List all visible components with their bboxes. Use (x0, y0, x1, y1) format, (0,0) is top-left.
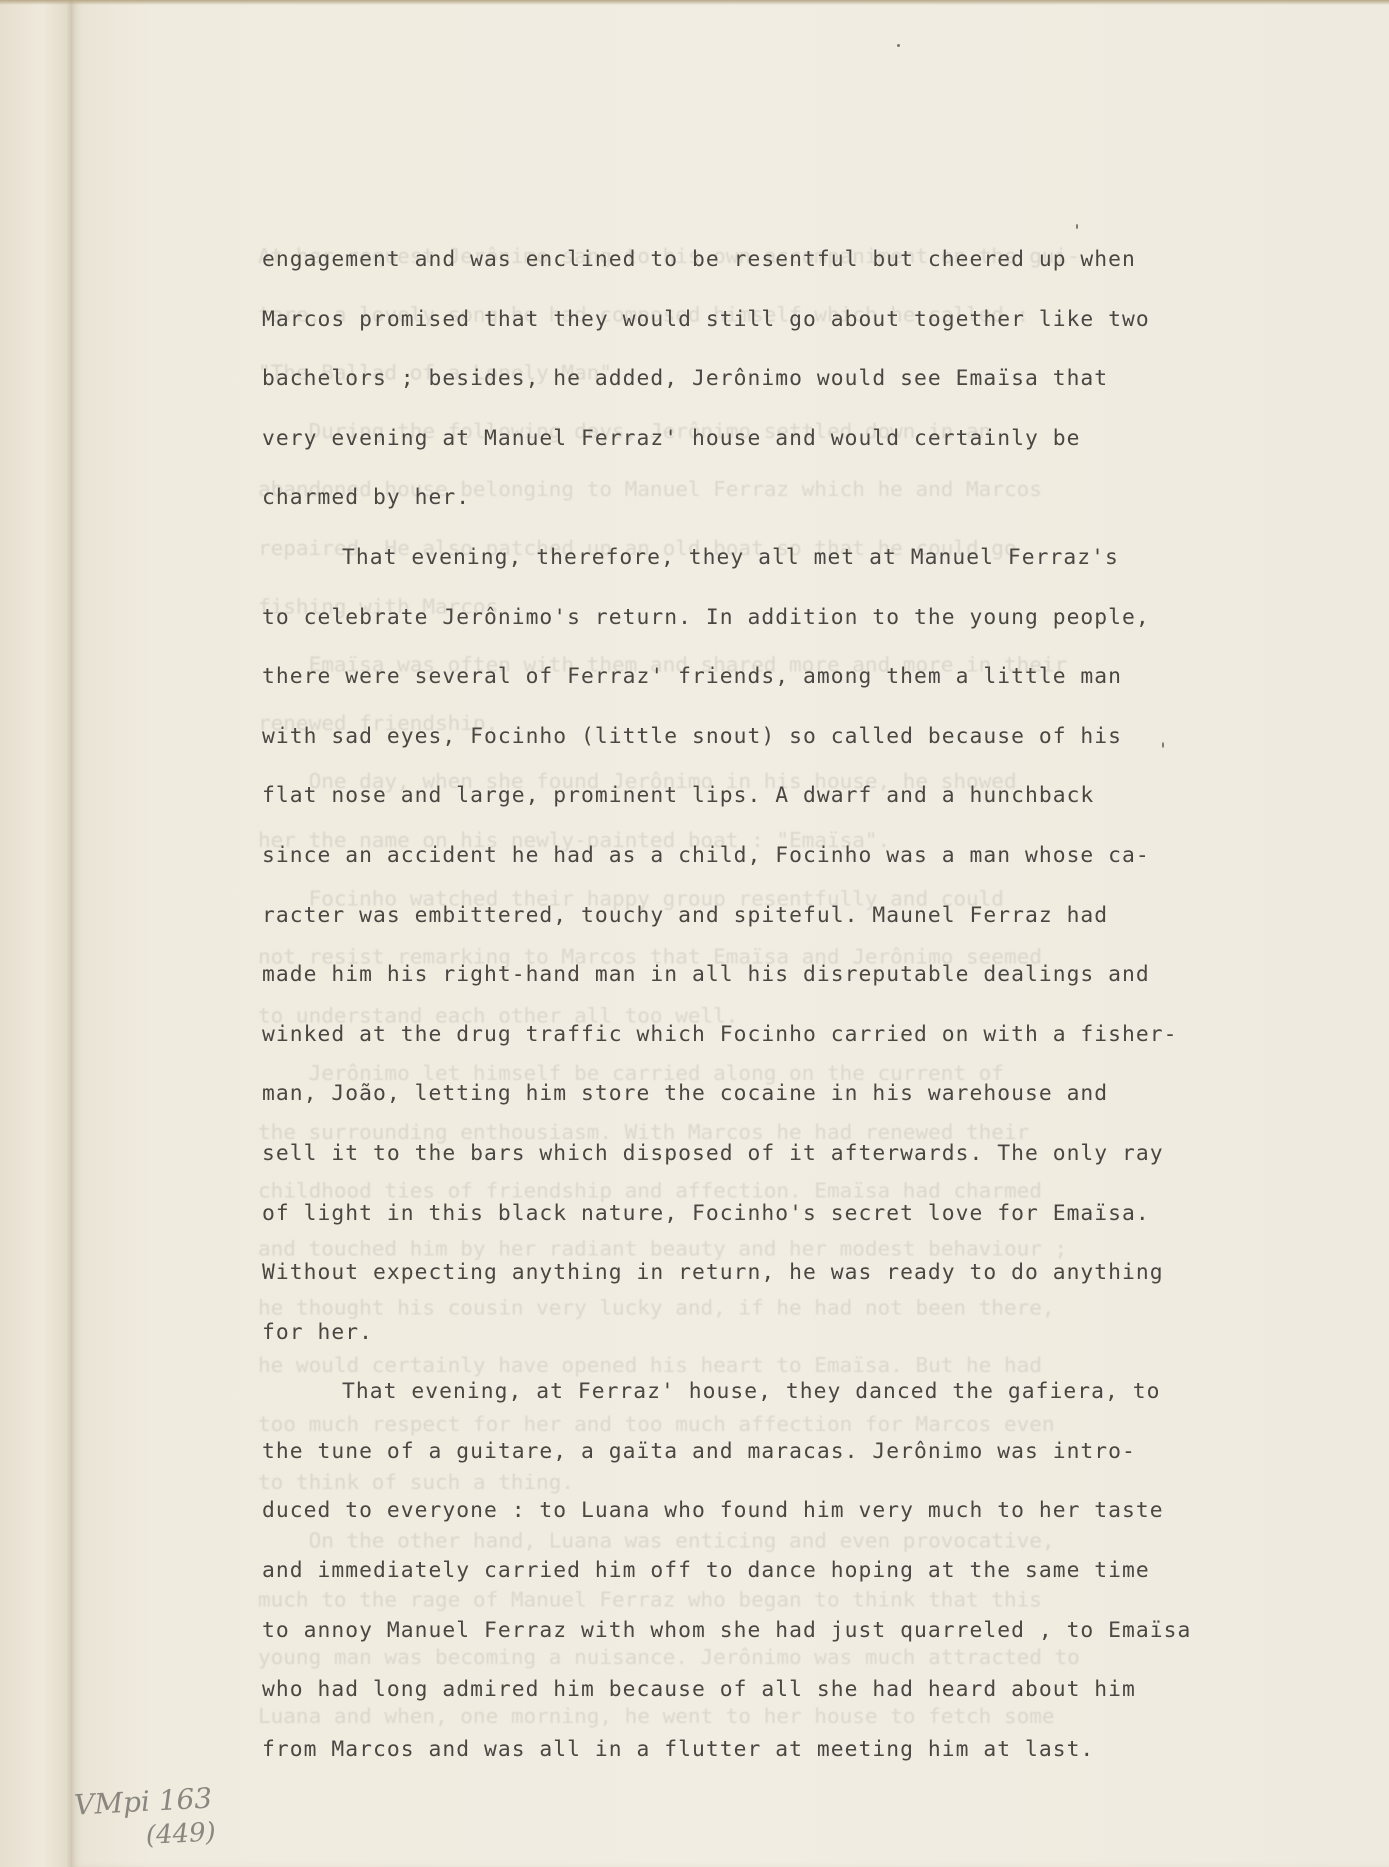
handwritten-archive-reference: VMpi 163 (449) (73, 1781, 216, 1856)
text-line: there were several of Ferraz' friends, a… (262, 647, 1362, 707)
text-line: since an accident he had as a child, Foc… (262, 826, 1362, 886)
text-line: flat nose and large, prominent lips. A d… (262, 766, 1362, 826)
text-line: That evening, at Ferraz' house, they dan… (262, 1362, 1362, 1422)
text-line: man, João, letting him store the cocaine… (262, 1064, 1362, 1124)
text-line: racter was embittered, touchy and spitef… (262, 886, 1362, 946)
text-line: charmed by her. (262, 468, 1362, 528)
text-line: That evening, therefore, they all met at… (262, 528, 1362, 588)
previous-page-edge (0, 0, 72, 1867)
text-line: with sad eyes, Focinho (little snout) so… (262, 707, 1362, 767)
text-line: to celebrate Jerônimo's return. In addit… (262, 588, 1362, 648)
text-line: from Marcos and was all in a flutter at … (262, 1720, 1362, 1780)
text-line: bachelors ; besides, he added, Jerônimo … (262, 349, 1362, 409)
text-line: who had long admired him because of all … (262, 1660, 1362, 1720)
text-line: to annoy Manuel Ferraz with whom she had… (262, 1601, 1362, 1661)
paper-speck (897, 44, 900, 47)
typewriter-mark (1076, 224, 1078, 229)
text-line: Marcos promised that they would still go… (262, 290, 1362, 350)
page-top-edge (0, 0, 1389, 5)
text-line: and immediately carried him off to dance… (262, 1541, 1362, 1601)
text-line: duced to everyone : to Luana who found h… (262, 1481, 1362, 1541)
text-line: winked at the drug traffic which Focinho… (262, 1005, 1362, 1065)
text-line: very evening at Manuel Ferraz' house and… (262, 409, 1362, 469)
text-line: engagement and was enclined to be resent… (262, 230, 1362, 290)
text-line: of light in this black nature, Focinho's… (262, 1184, 1362, 1244)
typewritten-body: engagement and was enclined to be resent… (262, 230, 1362, 1779)
text-line: for her. (262, 1303, 1362, 1363)
text-line: made him his right-hand man in all his d… (262, 945, 1362, 1005)
text-line: Without expecting anything in return, he… (262, 1243, 1362, 1303)
text-line: sell it to the bars which disposed of it… (262, 1124, 1362, 1184)
typewriter-mark (1162, 742, 1164, 748)
text-line: the tune of a guitare, a gaïta and marac… (262, 1422, 1362, 1482)
